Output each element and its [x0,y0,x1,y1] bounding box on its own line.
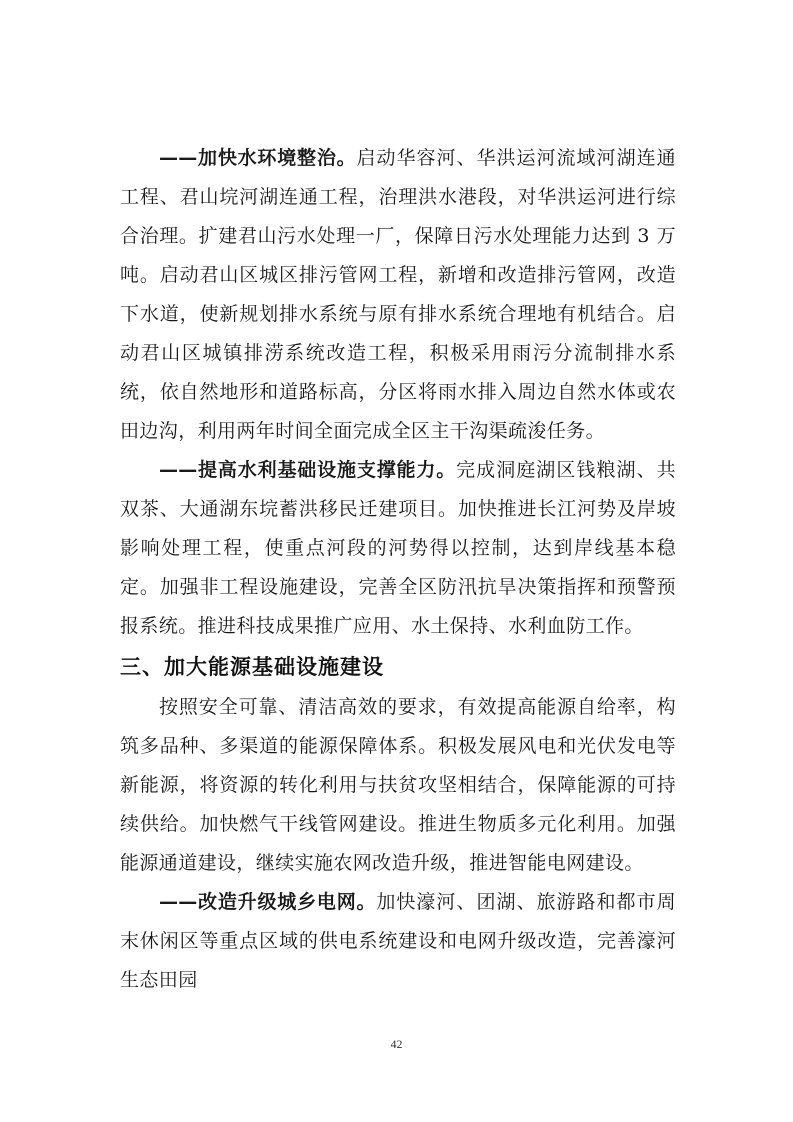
paragraph-text: 完成洞庭湖区钱粮湖、共双茶、大通湖东垸蓄洪移民迁建项目。加快推进长江河势及岸坡影… [120,459,676,637]
paragraph-lead: ——提高水利基础设施支撑能力。 [159,459,456,481]
paragraph-lead: ——改造升级城乡电网。 [159,891,376,913]
document-page: ——加快水环境整治。启动华容河、华洪运河流域河湖连通工程、君山垸河湖连通工程，治… [120,139,676,1000]
paragraph-water-infrastructure: ——提高水利基础设施支撑能力。完成洞庭湖区钱粮湖、共双茶、大通湖东垸蓄洪移民迁建… [120,451,676,646]
paragraph-text: 按照安全可靠、清洁高效的要求，有效提高能源自给率，构筑多品种、多渠道的能源保障体… [120,696,676,874]
paragraph-energy-intro: 按照安全可靠、清洁高效的要求，有效提高能源自给率，构筑多品种、多渠道的能源保障体… [120,688,676,883]
section-heading: 三、加大能源基础设施建设 [120,646,676,688]
paragraph-lead: ——加快水环境整治。 [159,147,356,169]
paragraph-power-grid: ——改造升级城乡电网。加快濠河、团湖、旅游路和都市周末休闲区等重点区域的供电系统… [120,883,676,1000]
paragraph-text: 启动华容河、华洪运河流域河湖连通工程、君山垸河湖连通工程，治理洪水港段，对华洪运… [120,147,676,442]
page-number: 42 [0,1037,793,1052]
paragraph-water-environment: ——加快水环境整治。启动华容河、华洪运河流域河湖连通工程、君山垸河湖连通工程，治… [120,139,676,451]
